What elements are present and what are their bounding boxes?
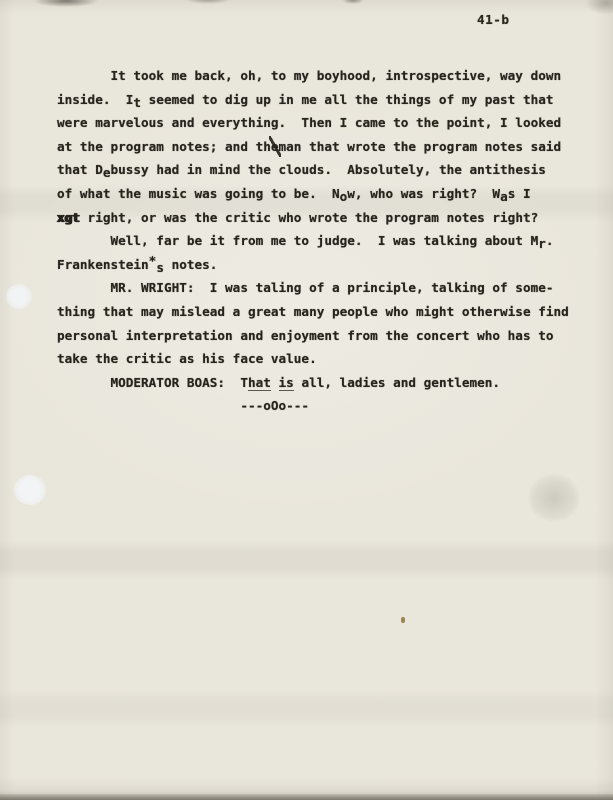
- top-edge-smudge: [34, 0, 98, 7]
- text-line: take the critic as his face value.: [57, 347, 569, 371]
- top-edge-smudge: [185, 0, 231, 4]
- page-number: 41-b: [477, 12, 510, 27]
- punch-hole-bottom: [14, 475, 46, 505]
- top-edge-smudge: [342, 0, 364, 4]
- document-body: It took me back, oh, to my boyhood, intr…: [57, 64, 569, 418]
- text-line: inside. It seemed to dig up in me all th…: [57, 88, 569, 112]
- paper-stain: [528, 474, 580, 522]
- text-line: ---oOo---: [57, 394, 569, 418]
- paper-speck: [401, 617, 405, 623]
- text-line: of what the music was going to be. Now, …: [57, 182, 569, 206]
- text-line: xgt right, or was the critic who wrote t…: [57, 206, 569, 230]
- text-line: It took me back, oh, to my boyhood, intr…: [57, 64, 569, 88]
- text-line: Frankenstein*s notes.: [57, 253, 569, 277]
- text-line: at the program notes; and theman that wr…: [57, 135, 569, 159]
- document-page: 41-b It took me back, oh, to my boyhood,…: [0, 0, 613, 800]
- text-line: MODERATOR BOAS: That is all, ladies and …: [57, 371, 569, 395]
- punch-hole-top: [6, 284, 32, 309]
- corner-smudge: [586, 0, 613, 14]
- text-line: that Debussy had in mind the clouds. Abs…: [57, 158, 569, 182]
- text-line: thing that may mislead a great many peop…: [57, 300, 569, 324]
- text-line: Well, far be it from me to judge. I was …: [57, 229, 569, 253]
- text-line: personal interpretation and enjoyment fr…: [57, 324, 569, 348]
- text-line: MR. WRIGHT: I was taling of a principle,…: [57, 276, 569, 300]
- text-line: were marvelous and everything. Then I ca…: [57, 111, 569, 135]
